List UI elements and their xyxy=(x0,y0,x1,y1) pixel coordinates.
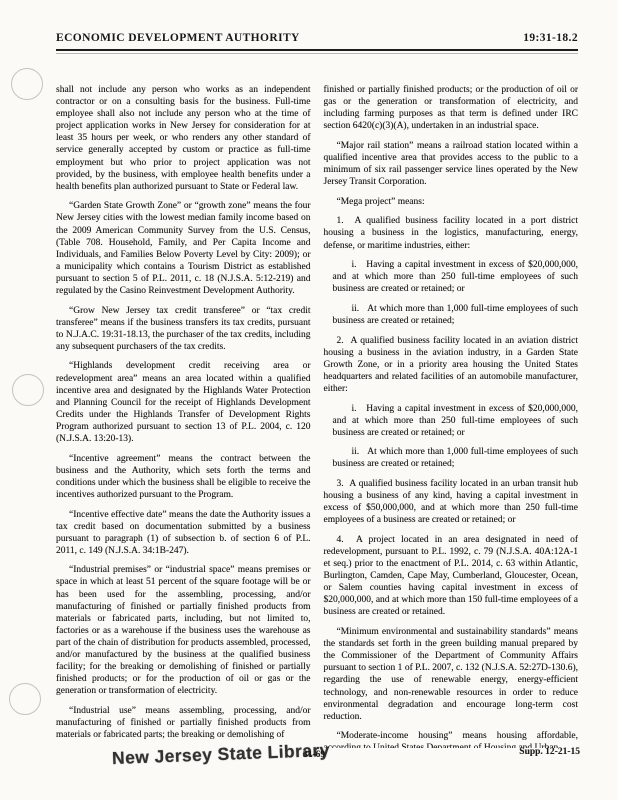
running-header-section-number: 19:31-18.2 xyxy=(523,32,578,44)
definition-paragraph: “Garden State Growth Zone” or “growth zo… xyxy=(56,200,311,297)
definition-paragraph: “Highlands development credit receiving … xyxy=(56,360,311,445)
definition-paragraph: “Incentive agreement” means the contract… xyxy=(56,453,311,501)
definition-paragraph: “Industrial use” means assembling, proce… xyxy=(56,705,311,741)
definition-paragraph: “Major rail station” means a railroad st… xyxy=(324,140,579,188)
definition-paragraph: 1. A qualified business facility located… xyxy=(324,215,579,251)
definition-paragraph: shall not include any person who works a… xyxy=(56,84,311,193)
left-column: shall not include any person who works a… xyxy=(56,84,311,748)
supplement-date: Supp. 12-21-15 xyxy=(519,747,580,757)
right-column: finished or partially finished products;… xyxy=(324,84,579,748)
definition-paragraph: 4. A project located in an area designat… xyxy=(324,534,579,619)
definition-paragraph: “Incentive effective date” means the dat… xyxy=(56,509,311,557)
definition-paragraph: 3. A qualified business facility located… xyxy=(324,478,579,526)
definition-paragraph: ii. At which more than 1,000 full-time e… xyxy=(333,303,579,327)
definition-paragraph: “Grow New Jersey tax credit transferee” … xyxy=(56,305,311,353)
definition-paragraph: “Moderate-income housing” means housing … xyxy=(324,730,579,748)
definition-paragraph: ii. At which more than 1,000 full-time e… xyxy=(333,446,579,470)
document-page: ECONOMIC DEVELOPMENT AUTHORITY 19:31-18.… xyxy=(0,0,618,800)
definition-paragraph: i. Having a capital investment in excess… xyxy=(333,259,579,295)
definition-paragraph: i. Having a capital investment in excess… xyxy=(333,403,579,439)
definition-paragraph: “Mega project” means: xyxy=(324,196,579,208)
definition-paragraph: “Industrial premises” or “industrial spa… xyxy=(56,564,311,697)
body-columns: shall not include any person who works a… xyxy=(56,84,578,748)
definition-paragraph: “Minimum environmental and sustainabilit… xyxy=(324,626,579,723)
running-header-title: ECONOMIC DEVELOPMENT AUTHORITY xyxy=(56,32,300,44)
hole-punch-mark xyxy=(12,374,44,406)
hole-punch-mark xyxy=(9,683,41,715)
hole-punch-mark xyxy=(11,68,43,100)
definition-paragraph: finished or partially finished products;… xyxy=(324,84,579,132)
page-number: 31-69 xyxy=(303,750,325,760)
running-header: ECONOMIC DEVELOPMENT AUTHORITY 19:31-18.… xyxy=(56,32,578,51)
definition-paragraph: 2. A qualified business facility located… xyxy=(324,335,579,395)
